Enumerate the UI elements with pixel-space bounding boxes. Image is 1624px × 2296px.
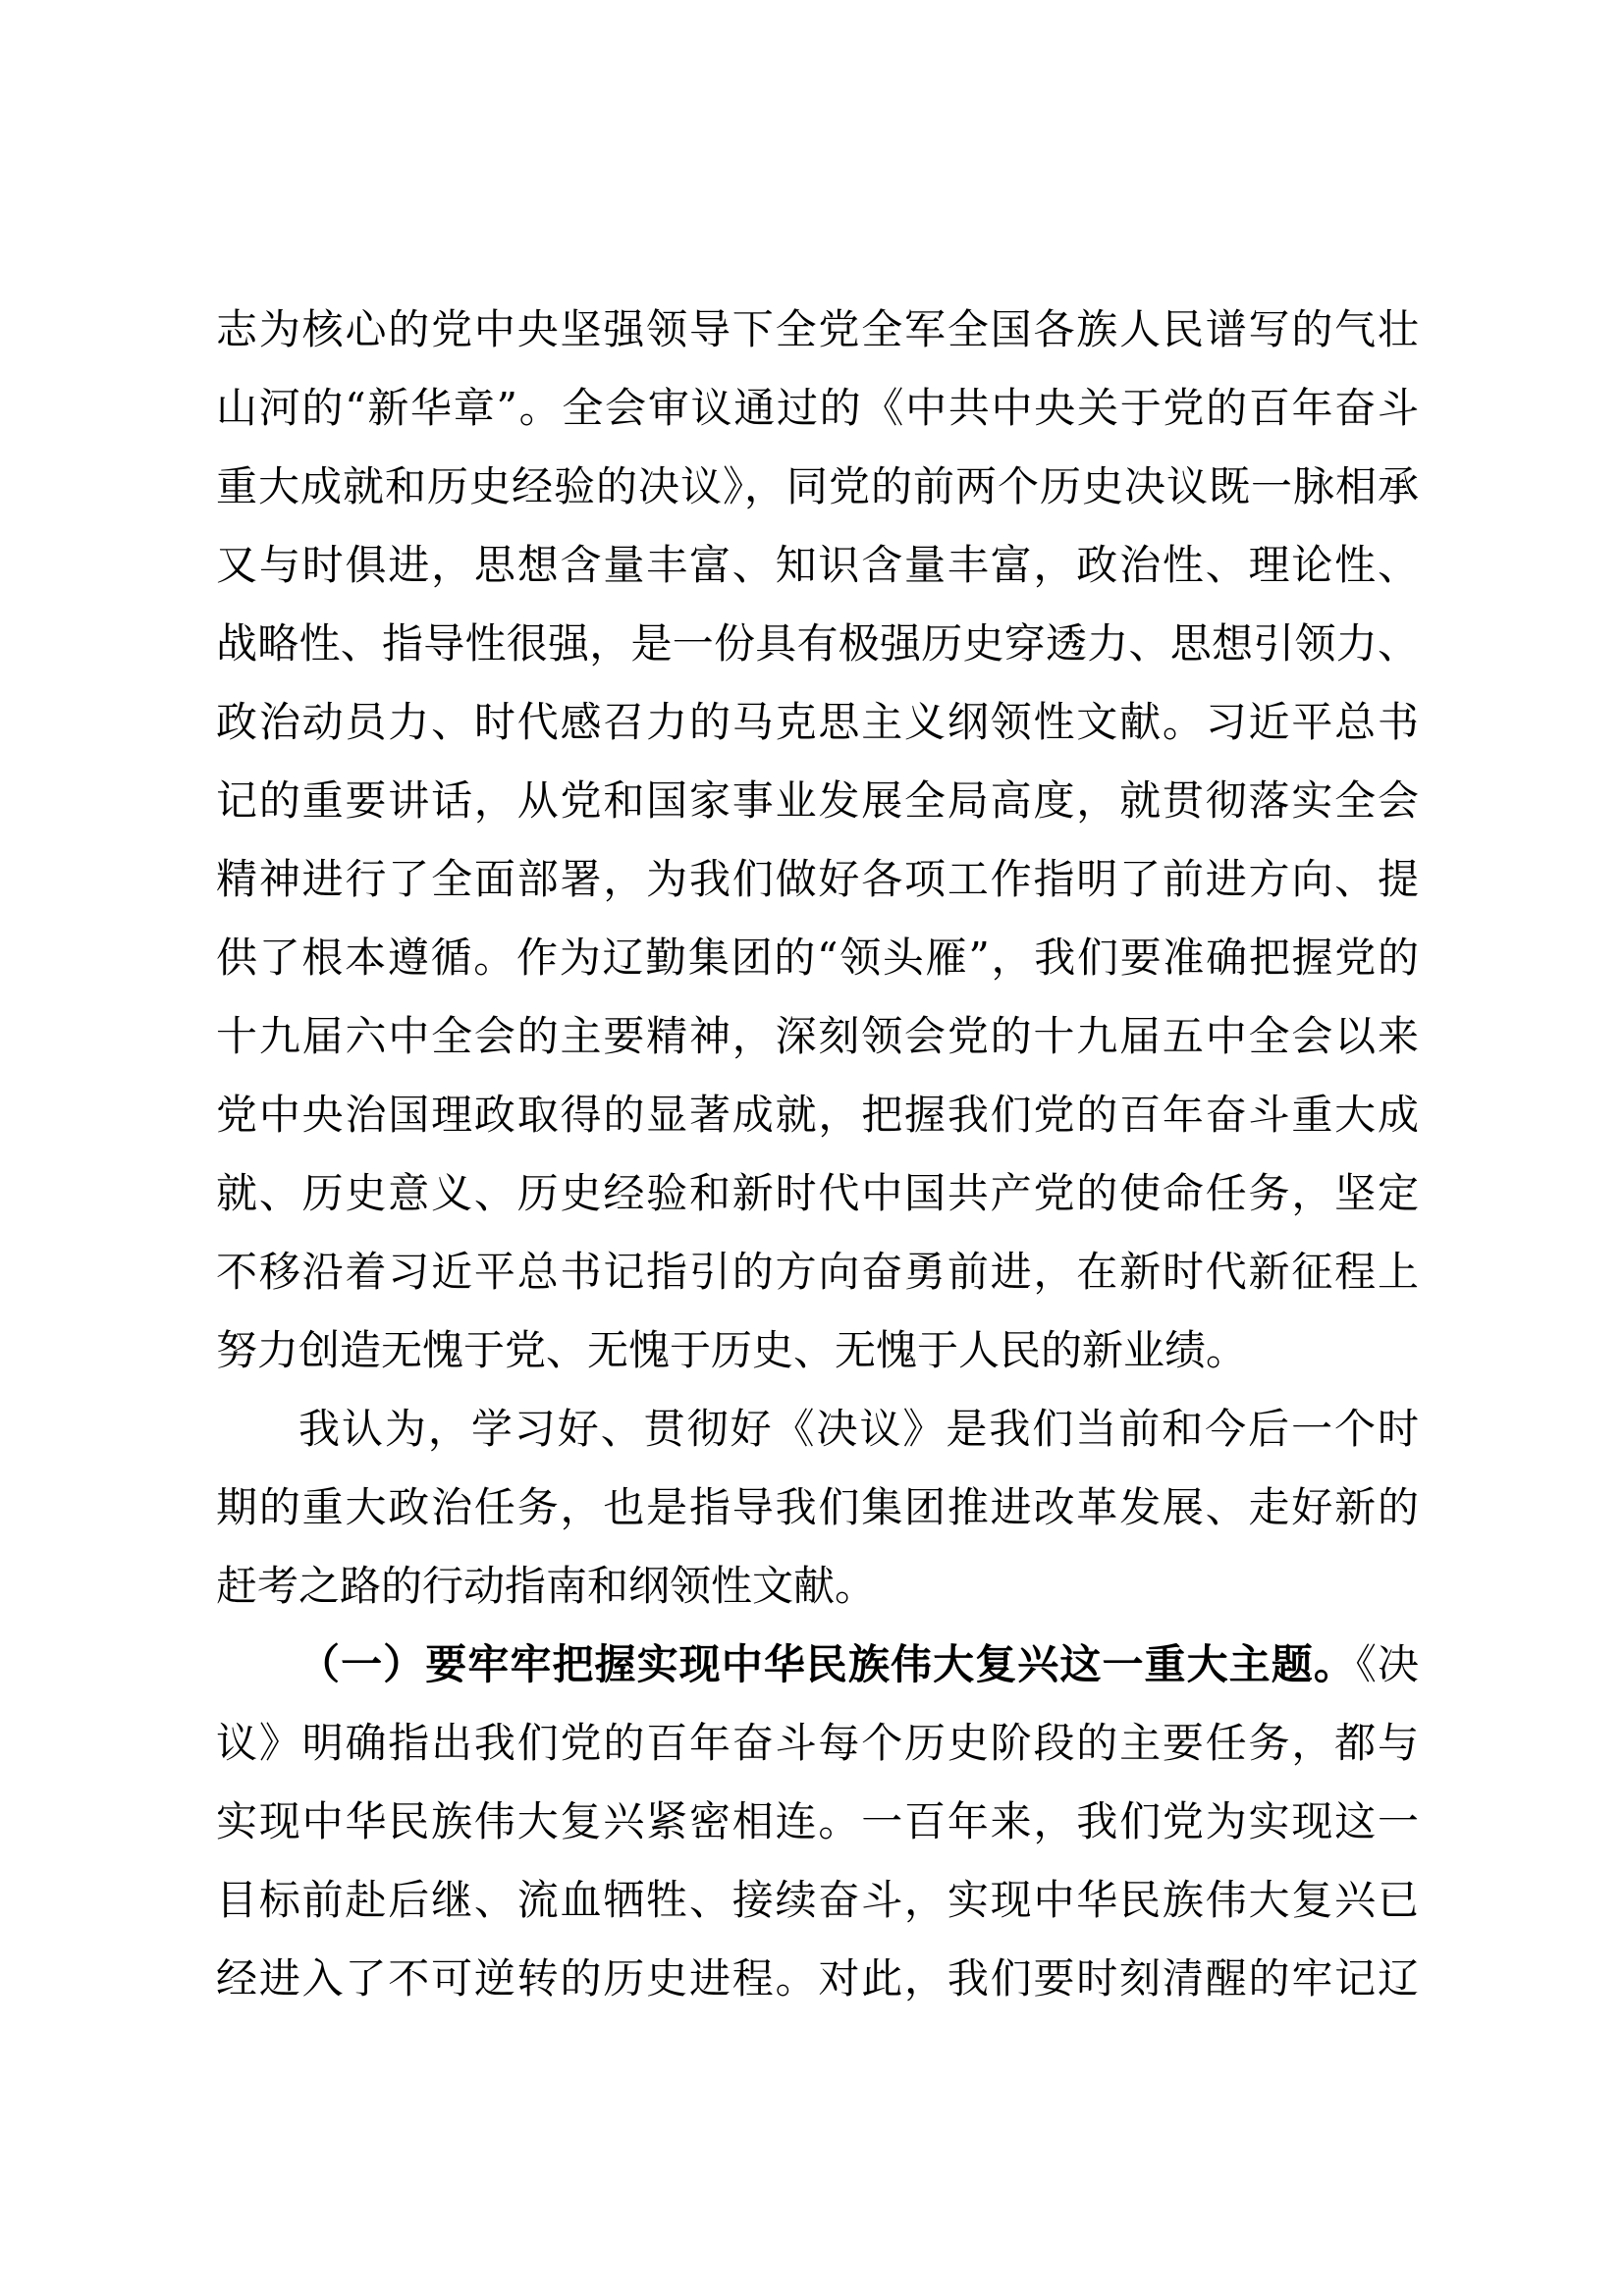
text-line: 党中央治国理政取得的显著成就，把握我们党的百年奋斗重大成	[216, 1076, 1419, 1154]
text-run: 又与时俱进，思想含量丰富、知识含量丰富，政治性、理论性、	[216, 541, 1419, 589]
text-line: 山河的“新华章”。全会审议通过的《中共中央关于党的百年奋斗	[216, 369, 1419, 448]
text-line: 期的重大政治任务，也是指导我们集团推进改革发展、走好新的	[216, 1468, 1419, 1547]
text-line: 精神进行了全面部署，为我们做好各项工作指明了前进方向、提	[216, 840, 1419, 919]
text-line: 不移沿着习近平总书记指引的方向奋勇前进，在新时代新征程上	[216, 1233, 1419, 1311]
text-run: 议》明确指出我们党的百年奋斗每个历史阶段的主要任务，都与	[216, 1719, 1419, 1767]
text-line: 赶考之路的行动指南和纲领性文献。	[216, 1547, 1419, 1626]
text-run: 就、历史意义、历史经验和新时代中国共产党的使命任务，坚定	[216, 1169, 1419, 1217]
text-run: 山河的“新华章”。全会审议通过的《中共中央关于党的百年奋斗	[216, 384, 1419, 432]
text-run: 经进入了不可逆转的历史进程。对此，我们要时刻清醒的牢记辽	[216, 1954, 1419, 2002]
text-run: 政治动员力、时代感召力的马克思主义纲领性文献。习近平总书	[216, 698, 1419, 746]
text-run: 努力创造无愧于党、无愧于历史、无愧于人民的新业绩。	[216, 1326, 1247, 1374]
text-run: 实现中华民族伟大复兴紧密相连。一百年来，我们党为实现这一	[216, 1797, 1419, 1845]
text-line: 议》明确指出我们党的百年奋斗每个历史阶段的主要任务，都与	[216, 1704, 1419, 1783]
text-line: 十九届六中全会的主要精神，深刻领会党的十九届五中全会以来	[216, 997, 1419, 1076]
text-run: 供了根本遵循。作为辽勤集团的“领头雁”，我们要准确把握党的	[216, 934, 1419, 982]
text-run: 不移沿着习近平总书记指引的方向奋勇前进，在新时代新征程上	[216, 1248, 1419, 1296]
text-run: 记的重要讲话，从党和国家事业发展全局高度，就贯彻落实全会	[216, 776, 1419, 825]
text-run: 目标前赴后继、流血牺牲、接续奋斗，实现中华民族伟大复兴已	[216, 1876, 1419, 1924]
text-run: 战略性、指导性很强，是一份具有极强历史穿透力、思想引领力、	[216, 619, 1419, 667]
text-line: 战略性、指导性很强，是一份具有极强历史穿透力、思想引领力、	[216, 605, 1419, 683]
text-run: 《决	[1356, 1640, 1419, 1688]
text-run: 党中央治国理政取得的显著成就，把握我们党的百年奋斗重大成	[216, 1091, 1419, 1139]
bold-text-run: （一）要牢牢把握实现中华民族伟大复兴这一重大主题。	[298, 1640, 1356, 1688]
text-line: 我认为，学习好、贯彻好《决议》是我们当前和今后一个时	[216, 1390, 1419, 1468]
text-run: 志为核心的党中央坚强领导下全党全军全国各族人民谱写的气壮	[216, 305, 1419, 353]
text-run: 赶考之路的行动指南和纲领性文献。	[216, 1562, 876, 1610]
text-line: 重大成就和历史经验的决议》，同党的前两个历史决议既一脉相承	[216, 448, 1419, 526]
text-line: 供了根本遵循。作为辽勤集团的“领头雁”，我们要准确把握党的	[216, 919, 1419, 997]
text-line: 实现中华民族伟大复兴紧密相连。一百年来，我们党为实现这一	[216, 1783, 1419, 1861]
text-line: 目标前赴后继、流血牺牲、接续奋斗，实现中华民族伟大复兴已	[216, 1861, 1419, 1940]
text-line: 记的重要讲话，从党和国家事业发展全局高度，就贯彻落实全会	[216, 762, 1419, 840]
text-run: 我认为，学习好、贯彻好《决议》是我们当前和今后一个时	[298, 1405, 1419, 1453]
text-line: 努力创造无愧于党、无愧于历史、无愧于人民的新业绩。	[216, 1311, 1419, 1390]
text-line: 经进入了不可逆转的历史进程。对此，我们要时刻清醒的牢记辽	[216, 1940, 1419, 2018]
document-page: 志为核心的党中央坚强领导下全党全军全国各族人民谱写的气壮山河的“新华章”。全会审…	[0, 0, 1624, 2296]
text-line: 又与时俱进，思想含量丰富、知识含量丰富，政治性、理论性、	[216, 526, 1419, 605]
text-line: 政治动员力、时代感召力的马克思主义纲领性文献。习近平总书	[216, 683, 1419, 762]
text-run: 期的重大政治任务，也是指导我们集团推进改革发展、走好新的	[216, 1483, 1419, 1531]
text-line: 就、历史意义、历史经验和新时代中国共产党的使命任务，坚定	[216, 1154, 1419, 1233]
text-run: 重大成就和历史经验的决议》，同党的前两个历史决议既一脉相承	[216, 462, 1419, 510]
text-line: （一）要牢牢把握实现中华民族伟大复兴这一重大主题。《决	[216, 1626, 1419, 1704]
text-line: 志为核心的党中央坚强领导下全党全军全国各族人民谱写的气壮	[216, 291, 1419, 369]
text-run: 十九届六中全会的主要精神，深刻领会党的十九届五中全会以来	[216, 1012, 1419, 1060]
text-run: 精神进行了全面部署，为我们做好各项工作指明了前进方向、提	[216, 855, 1419, 903]
